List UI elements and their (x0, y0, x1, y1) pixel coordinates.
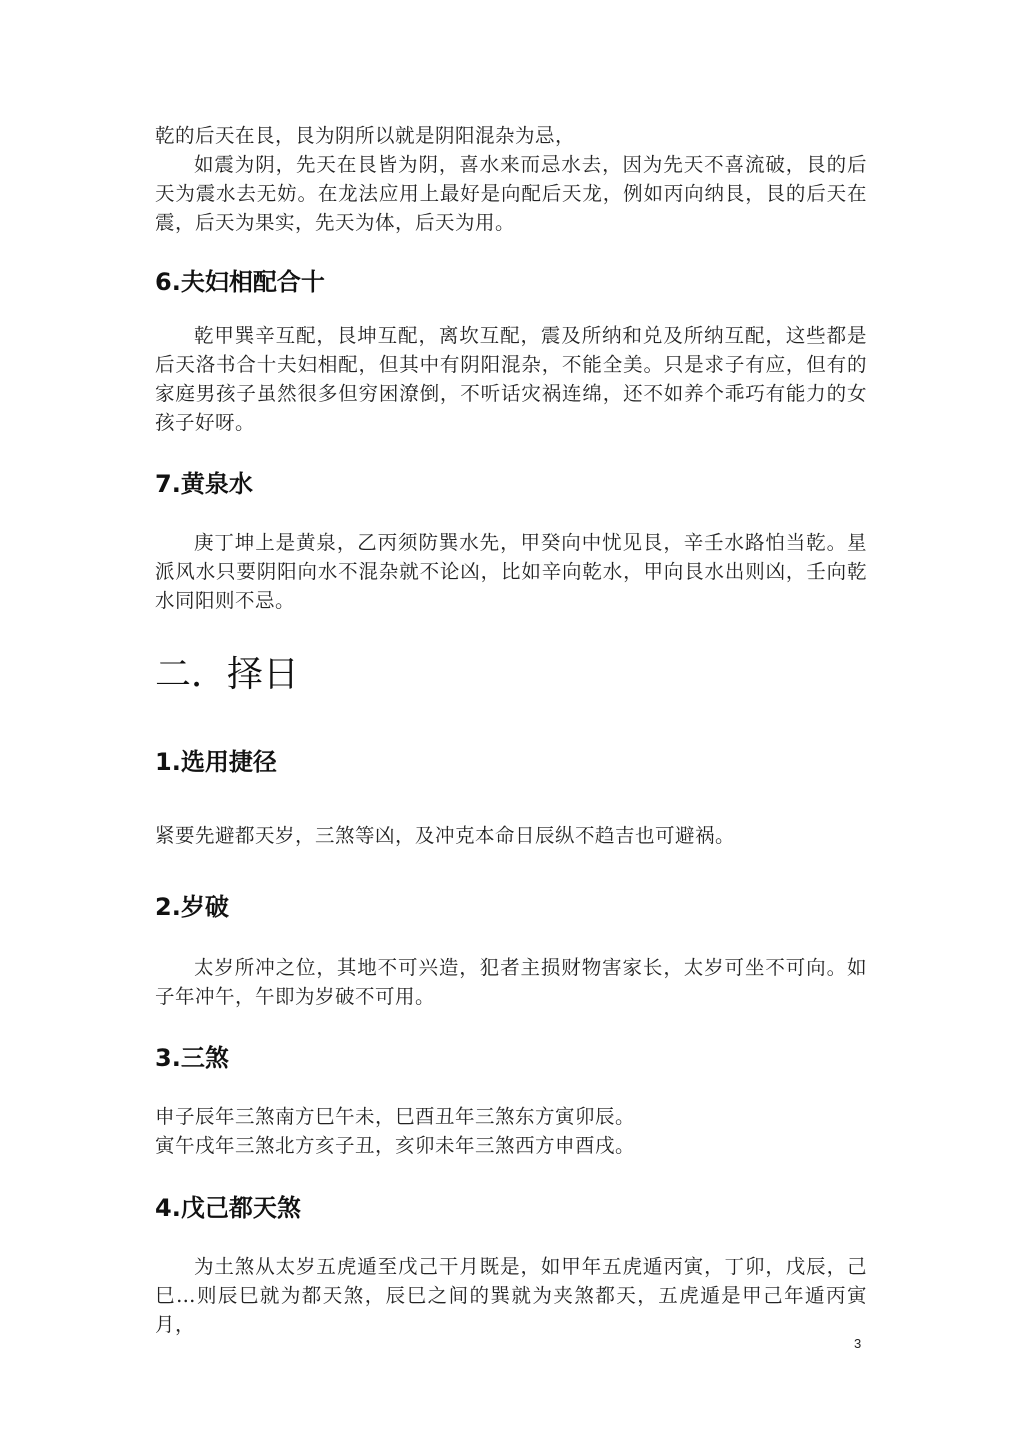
heading-zeri: 二．择日 (155, 655, 299, 695)
paragraph-fufu-xiangpei: 乾甲巽辛互配，艮坤互配，离坎互配，震及所纳和兑及所纳互配，这些都是后天洛书合十夫… (155, 321, 867, 437)
paragraph-suipo: 太岁所冲之位，其地不可兴造，犯者主损财物害家长，太岁可坐不可向。如子年冲午，午即… (155, 953, 867, 1011)
heading-fufu-xiangpei: 6.夫妇相配合十 (155, 267, 325, 297)
paragraph-wuji-dutiansha: 为土煞从太岁五虎遁至戊己干月既是，如甲年五虎遁丙寅，丁卯，戊辰，己巳…则辰巳就为… (155, 1252, 867, 1339)
heading-huangquan-shui: 7.黄泉水 (155, 469, 253, 499)
heading-suipo: 2.岁破 (155, 892, 229, 922)
heading-wuji-dutiansha: 4.戊己都天煞 (155, 1193, 301, 1223)
paragraph-sansha-line1: 申子辰年三煞南方巳午未，巳酉丑年三煞东方寅卯辰。 (155, 1102, 867, 1131)
paragraph-qian-houtian: 乾的后天在艮，艮为阴所以就是阴阳混杂为忌， (155, 121, 867, 150)
page-number: 3 (854, 1336, 861, 1351)
paragraph-zhen-yin: 如震为阴，先天在艮皆为阴，喜水来而忌水去，因为先天不喜流破，艮的后天为震水去无妨… (155, 150, 867, 237)
heading-xuanyong-jiejing: 1.选用捷径 (155, 747, 277, 777)
paragraph-xuanyong-jiejing: 紧要先避都天岁，三煞等凶，及冲克本命日辰纵不趋吉也可避祸。 (155, 821, 867, 850)
paragraph-sansha-line2: 寅午戌年三煞北方亥子丑，亥卯未年三煞西方申酉戌。 (155, 1131, 867, 1160)
paragraph-huangquan-shui: 庚丁坤上是黄泉，乙丙须防巽水先，甲癸向中忧见艮，辛壬水路怕当乾。星派风水只要阴阳… (155, 528, 867, 615)
heading-sansha: 3.三煞 (155, 1043, 229, 1073)
